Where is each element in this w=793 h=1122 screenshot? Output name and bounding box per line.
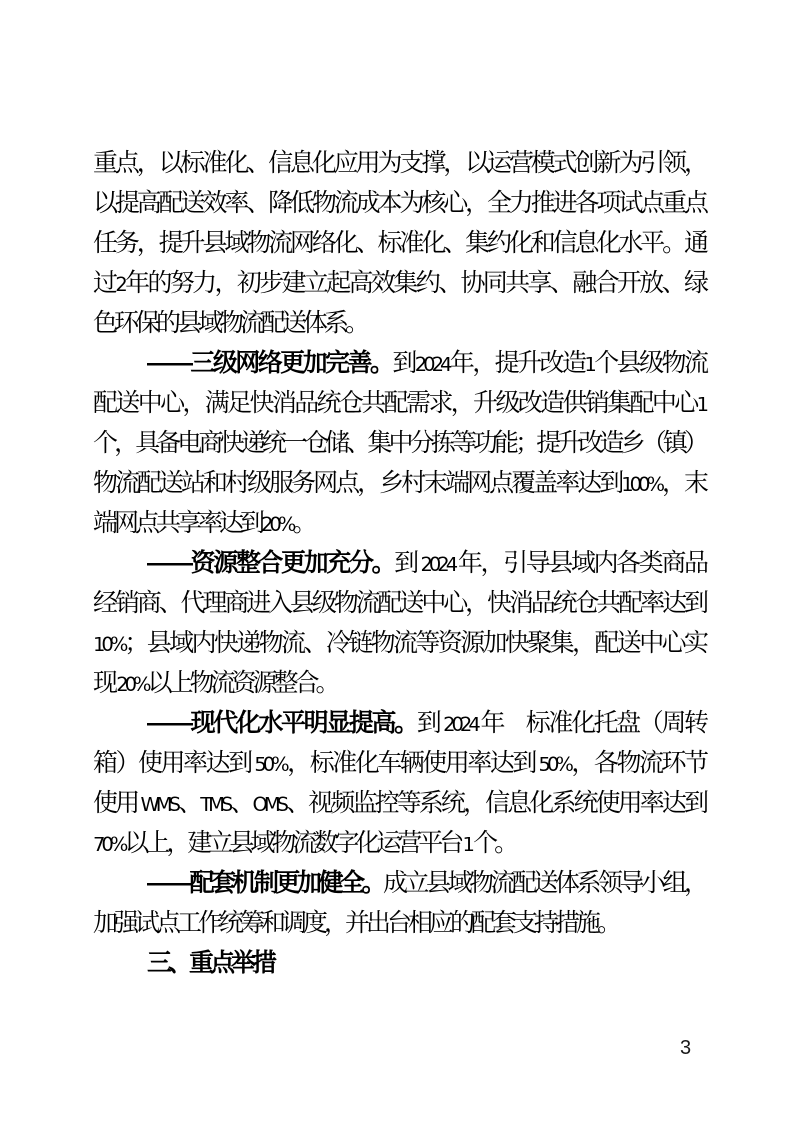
text-run: 端网点共享率达到20%。 bbox=[93, 513, 313, 536]
text-line: 箱）使用率达到 50%，标准化车辆使用率达到 50%，各物流环节 bbox=[93, 745, 705, 785]
text-run: 使用 WMS、TMS、OMS、视频监控等系统，信息化系统使用率达到 bbox=[93, 793, 705, 816]
text-line: ——配套机制更加健全。成立县域物流配送体系领导小组， bbox=[93, 865, 705, 905]
paragraph-mechanism-goal: ——配套机制更加健全。成立县域物流配送体系领导小组， 加强试点工作统筹和调度，并… bbox=[93, 865, 705, 945]
text-run: 加强试点工作统筹和调度，并出台相应的配套支持措施。 bbox=[93, 913, 618, 936]
text-run: 色环保的县域物流配送体系。 bbox=[93, 313, 366, 336]
text-run: 到2024年，提升改造1个县级物流 bbox=[392, 353, 705, 376]
text-line: 加强试点工作统筹和调度，并出台相应的配套支持措施。 bbox=[93, 905, 705, 945]
document-page: 重点，以标准化、信息化应用为支撑，以运营模式创新为引领， 以提高配送效率、降低物… bbox=[0, 0, 793, 1122]
text-run: 到 2024 年，引导县域内各类商品 bbox=[394, 553, 705, 576]
text-line: 任务，提升县域物流网络化、标准化、集约化和信息化水平。通 bbox=[93, 225, 705, 265]
text-line: 重点，以标准化、信息化应用为支撑，以运营模式创新为引领， bbox=[93, 145, 705, 185]
text-line: 使用 WMS、TMS、OMS、视频监控等系统，信息化系统使用率达到 bbox=[93, 785, 705, 825]
text-run: 配送中心，满足快消品统仓共配需求，升级改造供销集配中心1 bbox=[93, 393, 705, 416]
section-heading-block: 三、重点举措 bbox=[93, 945, 705, 985]
text-line: ——现代化水平明显提高。到 2024 年 标准化托盘（周转 bbox=[93, 705, 705, 745]
paragraph-network-goal: ——三级网络更加完善。到2024年，提升改造1个县级物流 配送中心，满足快消品统… bbox=[93, 345, 705, 545]
text-run: 10%；县域内快递物流、冷链物流等资源加快聚集，配送中心实 bbox=[93, 633, 705, 656]
text-line: ——资源整合更加充分。到 2024 年，引导县域内各类商品 bbox=[93, 545, 705, 585]
text-line: 个，具备电商快递统一仓储、集中分拣等功能；提升改造乡（镇） bbox=[93, 425, 705, 465]
text-line: 以提高配送效率、降低物流成本为核心，全力推进各项试点重点 bbox=[93, 185, 705, 225]
text-line: 端网点共享率达到20%。 bbox=[93, 505, 705, 545]
text-line: 现 20%以上物流资源整合。 bbox=[93, 665, 705, 705]
page-number: 3 bbox=[680, 1034, 691, 1062]
text-line: 配送中心，满足快消品统仓共配需求，升级改造供销集配中心1 bbox=[93, 385, 705, 425]
text-run: 任务，提升县域物流网络化、标准化、集约化和信息化水平。通 bbox=[93, 233, 705, 256]
paragraph-resource-goal: ——资源整合更加充分。到 2024 年，引导县域内各类商品 经销商、代理商进入县… bbox=[93, 545, 705, 705]
text-run: 到 2024 年 标准化托盘（周转 bbox=[417, 713, 705, 736]
text-run: 以提高配送效率、降低物流成本为核心，全力推进各项试点重点 bbox=[93, 193, 705, 216]
text-line: 10%；县域内快递物流、冷链物流等资源加快聚集，配送中心实 bbox=[93, 625, 705, 665]
bold-run: ——三级网络更加完善。 bbox=[147, 353, 392, 376]
text-run: 成立县域物流配送体系领导小组， bbox=[383, 873, 705, 896]
text-line: 物流配送站和村级服务网点，乡村末端网点覆盖率达到100%，末 bbox=[93, 465, 705, 505]
text-line: 色环保的县域物流配送体系。 bbox=[93, 305, 705, 345]
text-run: 物流配送站和村级服务网点，乡村末端网点覆盖率达到100%，末 bbox=[93, 473, 705, 496]
bold-run: ——配套机制更加健全。 bbox=[147, 873, 383, 896]
bold-run: ——资源整合更加充分。 bbox=[147, 553, 394, 576]
text-run: 过2年的努力，初步建立起高效集约、协同共享、融合开放、绿 bbox=[93, 273, 705, 296]
section-heading: 三、重点举措 bbox=[93, 945, 705, 985]
text-run: 重点，以标准化、信息化应用为支撑，以运营模式创新为引领， bbox=[93, 153, 705, 176]
text-line: 经销商、代理商进入县级物流配送中心，快消品统仓共配率达到 bbox=[93, 585, 705, 625]
document-body: 重点，以标准化、信息化应用为支撑，以运营模式创新为引领， 以提高配送效率、降低物… bbox=[93, 145, 705, 985]
text-run: 个，具备电商快递统一仓储、集中分拣等功能；提升改造乡（镇） bbox=[93, 433, 705, 456]
paragraph-modernization-goal: ——现代化水平明显提高。到 2024 年 标准化托盘（周转 箱）使用率达到 50… bbox=[93, 705, 705, 865]
heading-text: 三、重点举措 bbox=[147, 953, 273, 976]
paragraph-overview: 重点，以标准化、信息化应用为支撑，以运营模式创新为引领， 以提高配送效率、降低物… bbox=[93, 145, 705, 345]
text-line: ——三级网络更加完善。到2024年，提升改造1个县级物流 bbox=[93, 345, 705, 385]
text-run: 70%以上，建立县域物流数字化运营平台 1 个。 bbox=[93, 833, 515, 856]
text-run: 经销商、代理商进入县级物流配送中心，快消品统仓共配率达到 bbox=[93, 593, 705, 616]
text-line: 70%以上，建立县域物流数字化运营平台 1 个。 bbox=[93, 825, 705, 865]
text-run: 箱）使用率达到 50%，标准化车辆使用率达到 50%，各物流环节 bbox=[93, 753, 705, 776]
text-run: 现 20%以上物流资源整合。 bbox=[93, 673, 337, 696]
bold-run: ——现代化水平明显提高。 bbox=[147, 713, 417, 736]
text-line: 过2年的努力，初步建立起高效集约、协同共享、融合开放、绿 bbox=[93, 265, 705, 305]
